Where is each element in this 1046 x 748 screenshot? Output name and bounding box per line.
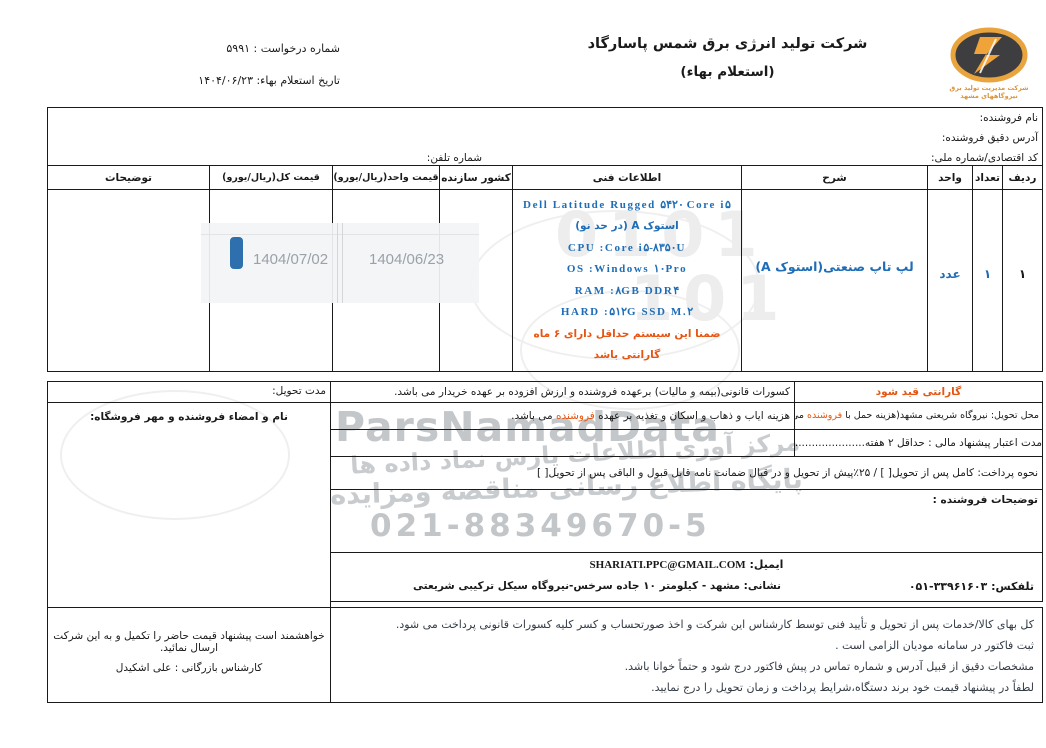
seller-phone-label: شماره تلفن: [427, 152, 482, 164]
terms-row-1: گارانتی قید شود کسورات قانونی(بیمه و مال… [331, 382, 1042, 403]
delivery-time-label: مدت تحویل: [48, 382, 330, 397]
travel-costs-note: هزینه ایاب و ذهاب و اسکان و تغذیه بر عهد… [331, 403, 794, 429]
column-description: شرح لپ تاپ صنعتی(استوک A) [741, 166, 927, 371]
condition-line-2: ثبت فاکتور در سامانه مودیان الزامی است . [331, 635, 1042, 656]
spec-line-model: Dell Latitude Rugged ۵۴۲۰ Core i۵ [523, 195, 731, 217]
column-notes: توضیحات [48, 166, 209, 371]
payment-method-row: نحوه پرداخت: کامل پس از تحویل[ ] / ۲۵٪پی… [331, 457, 1042, 490]
telefax-number: تلفکس: ۳۳۹۶۱۶۰۳-۰۵۱ [909, 580, 1034, 593]
header-total-price: قیمت کل(ریال/یورو) [210, 166, 332, 190]
cell-description: لپ تاپ صنعتی(استوک A) [742, 190, 927, 371]
seller-word-red: فروشنده [807, 410, 842, 421]
seller-word-red: فروشنده [556, 410, 595, 422]
condition-line-1: کل بهای کالا/خدمات پس از تحویل و تأیید ف… [331, 608, 1042, 635]
seller-economic-code-label: کد اقتصادی/شماره ملی: [931, 152, 1038, 164]
cell-unit: عدد [928, 190, 972, 371]
header-qty: تعداد [973, 166, 1002, 190]
offer-validity-note: مدت اعتبار پیشنهاد مالی : حداقل ۲ هفته..… [794, 430, 1042, 456]
overlay-divider [337, 223, 338, 303]
email-address: SHARIATI.PPC@GMAIL.COM [590, 559, 746, 571]
delivery-time-box: مدت تحویل: [47, 381, 331, 403]
warranty-note: گارانتی قید شود [794, 382, 1042, 402]
overlay-date-right: 1404/06/23 [369, 251, 444, 268]
condition-line-3: مشخصات دقیق از قبیل آدرس و شماره تماس در… [331, 656, 1042, 677]
header-unit: واحد [928, 166, 972, 190]
footer-conditions-box: کل بهای کالا/خدمات پس از تحویل و تأیید ف… [330, 607, 1043, 703]
request-number: شماره درخواست : ۵۹۹۱ [226, 42, 340, 55]
terms-table: گارانتی قید شود کسورات قانونی(بیمه و مال… [330, 381, 1043, 553]
spec-line-ram: RAM :۸GB DDR۴ [575, 281, 680, 303]
document-title: (استعلام بهاء) [560, 64, 895, 80]
postal-address: نشانی: مشهد - کیلومتر ۱۰ جاده سرخس-نیروگ… [451, 580, 781, 592]
terms-row-3: مدت اعتبار پیشنهاد مالی : حداقل ۲ هفته..… [331, 430, 1042, 457]
column-specs: اطلاعات فنی Dell Latitude Rugged ۵۴۲۰ Co… [512, 166, 741, 371]
email-line: ایمیل: SHARIATI.PPC@GMAIL.COM [331, 558, 1042, 571]
spec-line-stock: استوک A (در حد نو) [575, 216, 679, 238]
cell-notes [48, 190, 209, 371]
spec-line-hard: HARD :۵۱۲G SSD M.۲ [561, 302, 693, 324]
column-unit: واحد عدد [927, 166, 972, 371]
spec-line-os: OS :Windows ۱۰Pro [567, 259, 687, 281]
header-description: شرح [742, 166, 927, 190]
overlay-divider [201, 234, 479, 235]
cell-specs: Dell Latitude Rugged ۵۴۲۰ Core i۵ استوک … [513, 190, 741, 371]
footer-left-box: خواهشمند است پیشنهاد قیمت حاضر را تکمیل … [47, 607, 331, 703]
commercial-expert-line: کارشناس بازرگانی : علی اشکیدل [48, 662, 330, 674]
spec-line-warranty: ضمنا این سیستم حداقل دارای ۶ ماه گارانتی… [513, 324, 741, 367]
column-row-no: ردیف ۱ [1002, 166, 1042, 371]
footer-request-line: خواهشمند است پیشنهاد قیمت حاضر را تکمیل … [48, 630, 330, 654]
legal-deductions-note: کسورات قانونی(بیمه و مالیات) برعهده فروش… [331, 382, 794, 402]
logo-icon [950, 27, 1028, 83]
header-specs: اطلاعات فنی [513, 166, 741, 190]
header-unit-price: قیمت واحد(ریال/یورو) [333, 166, 439, 190]
seller-address-label: آدرس دقیق فروشنده: [942, 132, 1038, 144]
overlay-divider [342, 223, 343, 303]
signature-label: نام و امضاء فروشنده و مهر فروشگاه: [48, 403, 330, 423]
items-table-columns: ردیف ۱ تعداد ۱ واحد عدد شرح لپ تاپ صنعتی… [48, 165, 1042, 371]
signature-box: نام و امضاء فروشنده و مهر فروشگاه: [47, 402, 331, 608]
seller-name-label: نام فروشنده: [980, 112, 1038, 124]
delivery-place-note: محل تحویل: نیروگاه شریعتی مشهد(هزینه حمل… [794, 403, 1042, 429]
logo-caption: شرکت مدیریت تولید برق نیروگاههای مشهد [934, 84, 1044, 100]
logo-caption-line1: شرکت مدیریت تولید برق [934, 84, 1044, 92]
overlay-blue-handle [230, 237, 243, 269]
header-row-no: ردیف [1003, 166, 1042, 190]
company-title: شرکت تولید انرژی برق شمس پاسارگاد [560, 36, 895, 52]
column-qty: تعداد ۱ [972, 166, 1002, 371]
empty-cell [331, 430, 794, 456]
contact-box: ایمیل: SHARIATI.PPC@GMAIL.COM تلفکس: ۳۳۹… [330, 552, 1043, 602]
inquiry-document-page: { "header": { "request_no": "شماره درخوا… [0, 0, 1046, 748]
terms-row-2: محل تحویل: نیروگاه شریعتی مشهد(هزینه حمل… [331, 403, 1042, 430]
company-logo [950, 27, 1028, 83]
logo-caption-line2: نیروگاههای مشهد [934, 92, 1044, 100]
inquiry-date: تاریخ استعلام بهاء: ۱۴۰۴/۰۶/۲۳ [198, 74, 340, 87]
header-notes: توضیحات [48, 166, 209, 190]
header-country: کشور سازنده [440, 166, 512, 190]
cell-row-no: ۱ [1003, 190, 1042, 371]
seller-notes-row: توضیحات فروشنده : [331, 490, 1042, 552]
items-table: نام فروشنده: آدرس دقیق فروشنده: کد اقتصا… [47, 107, 1043, 372]
condition-line-4: لطفاً در پیشنهاد قیمت خود برند دستگاه،شر… [331, 677, 1042, 698]
overlay-date-left: 1404/07/02 [253, 251, 328, 268]
cell-qty: ۱ [973, 190, 1002, 371]
spec-line-cpu: CPU :Core i۵-۸۳۵۰U [568, 238, 686, 260]
